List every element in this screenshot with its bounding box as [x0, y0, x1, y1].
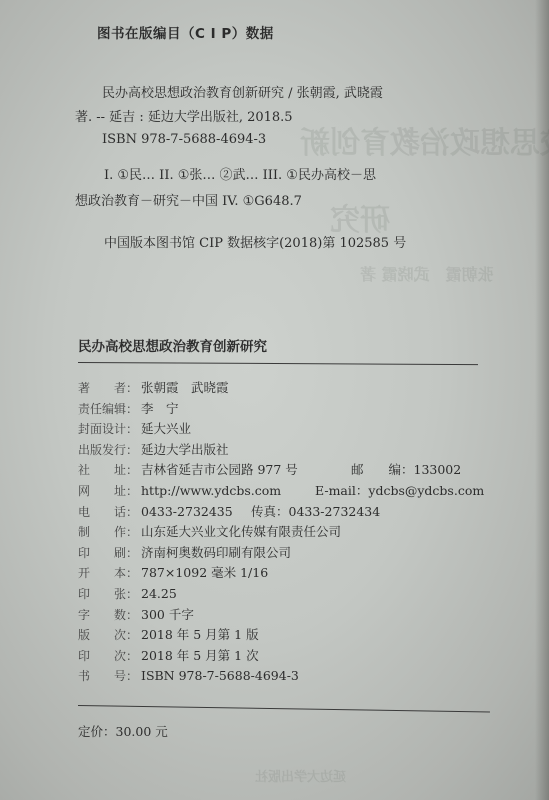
info-value: 延边大学出版社 [141, 440, 229, 461]
info-value: 山东延大兴业文化传媒有限责任公司 [141, 522, 341, 543]
cip-classification: 想政治教育－研究－中国 IV. ①G648.7 [75, 190, 302, 209]
book-title: 民办高校思想政治教育创新研究 [78, 335, 267, 355]
info-value: 24.25 [141, 584, 177, 605]
info-label: 电 话： [78, 502, 141, 523]
cip-line: 民办高校思想政治教育创新研究 / 张朝霞, 武晓霞 [102, 82, 383, 101]
info-row-printer: 印 刷： 济南柯奥数码印刷有限公司 [78, 543, 484, 564]
cip-isbn: ISBN 978-7-5688-4694-3 [102, 132, 266, 147]
info-row-editor: 责任编辑： 李 宁 [78, 399, 484, 420]
info-label: 社 址： [78, 460, 141, 481]
info-label: 印 次： [78, 646, 141, 667]
info-postcode: 邮 编：133002 [351, 460, 461, 481]
info-label: 出版发行： [78, 440, 141, 461]
bleed-through-text: 张朝霞 武晓霞 著 [360, 262, 494, 285]
info-label: 开 本： [78, 563, 141, 584]
info-row-producer: 制 作： 山东延大兴业文化传媒有限责任公司 [78, 522, 484, 543]
info-value: ISBN 978-7-5688-4694-3 [141, 666, 299, 687]
divider [78, 362, 478, 365]
bleed-through-text: 民办高校思想政治教育创新 [300, 118, 549, 162]
info-label: 责任编辑： [78, 399, 141, 420]
website-link[interactable]: http://www.ydcbs.com [141, 481, 315, 502]
info-fax: 传真：0433-2732434 [251, 502, 380, 523]
info-label: 字 数： [78, 605, 141, 626]
publication-info: 著 者： 张朝霞 武晓霞 责任编辑： 李 宁 封面设计： 延大兴业 出版发行： … [78, 378, 484, 687]
info-value: 300 千字 [141, 605, 194, 626]
info-row-format: 开 本： 787×1092 毫米 1/16 [78, 563, 484, 584]
info-row-phone: 电 话： 0433-2732435 传真：0433-2732434 [78, 502, 484, 523]
info-label: 印 张： [78, 584, 141, 605]
info-row-website: 网 址： http://www.ydcbs.com E-mail：ydcbs@y… [78, 481, 484, 502]
info-row-word-count: 字 数： 300 千字 [78, 605, 484, 626]
cip-line: 著. -- 延吉 : 延边大学出版社, 2018.5 [75, 106, 293, 125]
email-link[interactable]: E-mail：ydcbs@ydcbs.com [315, 481, 484, 502]
info-row-isbn: 书 号： ISBN 978-7-5688-4694-3 [78, 666, 484, 687]
cip-record-number: 中国版本图书馆 CIP 数据核字(2018)第 102585 号 [104, 232, 406, 251]
info-value: 2018 年 5 月第 1 次 [141, 646, 259, 667]
info-value: 延大兴业 [141, 419, 191, 440]
info-value: 李 宁 [141, 399, 179, 420]
info-row-cover-design: 封面设计： 延大兴业 [78, 419, 484, 440]
divider [78, 705, 490, 712]
info-value: 787×1092 毫米 1/16 [141, 563, 268, 584]
info-value: 2018 年 5 月第 1 版 [141, 625, 259, 646]
info-row-author: 著 者： 张朝霞 武晓霞 [78, 378, 484, 399]
info-value: 张朝霞 武晓霞 [141, 378, 229, 399]
info-row-sheets: 印 张： 24.25 [78, 584, 484, 605]
info-value: 济南柯奥数码印刷有限公司 [141, 543, 291, 564]
info-row-edition: 版 次： 2018 年 5 月第 1 版 [78, 625, 484, 646]
info-label: 版 次： [78, 625, 141, 646]
info-value: 吉林省延吉市公园路 977 号 [141, 460, 351, 481]
cip-classification: I. ①民… II. ①张… ②武… III. ①民办高校－思 [104, 164, 376, 183]
info-value: 0433-2732435 [141, 502, 251, 523]
info-label: 印 刷： [78, 543, 141, 564]
info-label: 封面设计： [78, 419, 141, 440]
info-label: 著 者： [78, 378, 141, 399]
cip-heading: 图书在版编目（C I P）数据 [97, 22, 274, 42]
bleed-through-text: 延边大学出版社 [255, 766, 346, 785]
info-row-printing: 印 次： 2018 年 5 月第 1 次 [78, 646, 484, 667]
info-label: 书 号： [78, 666, 141, 687]
info-row-address: 社 址： 吉林省延吉市公园路 977 号 邮 编：133002 [78, 460, 484, 481]
info-label: 制 作： [78, 522, 141, 543]
info-row-publisher: 出版发行： 延边大学出版社 [78, 440, 484, 461]
price: 定价：30.00 元 [78, 722, 168, 740]
info-label: 网 址： [78, 481, 141, 502]
